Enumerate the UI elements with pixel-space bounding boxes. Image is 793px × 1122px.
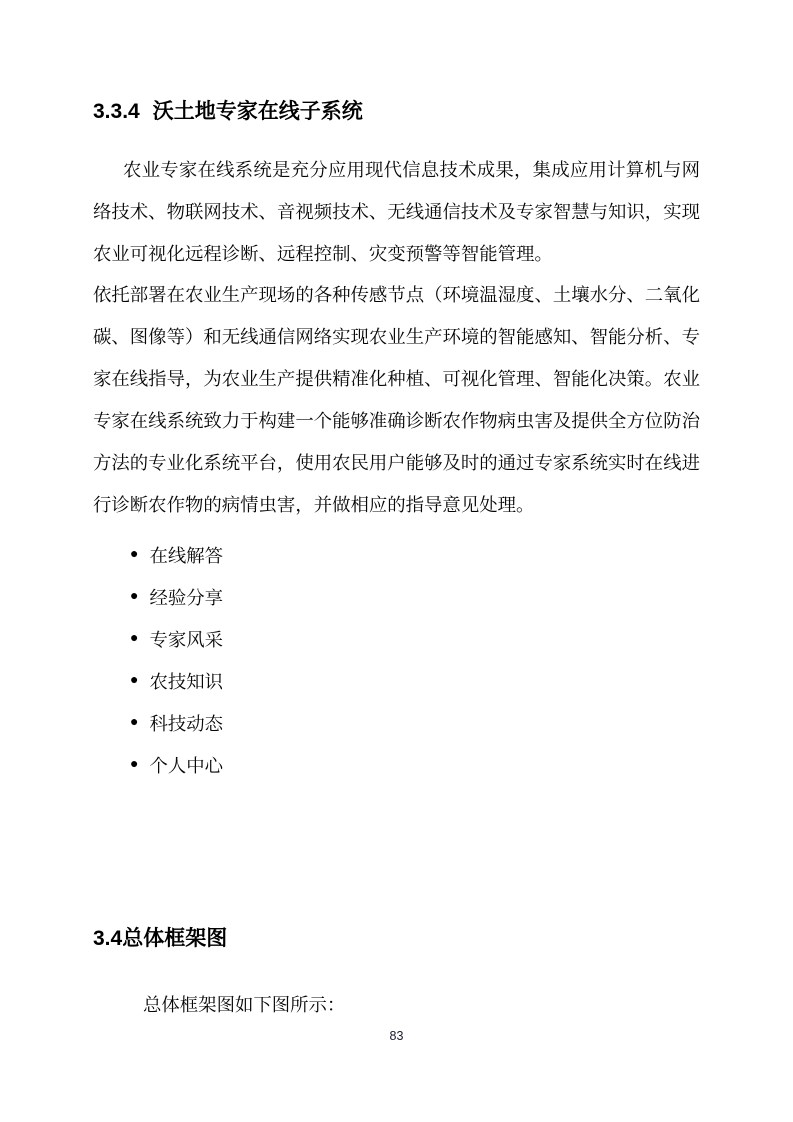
- bullet-icon: ●: [130, 674, 138, 688]
- page-number: 83: [390, 1029, 404, 1043]
- bullet-icon: ●: [130, 548, 138, 562]
- list-item: ● 专家风采: [93, 618, 700, 660]
- document-page: 3.3.4沃土地专家在线子系统 农业专家在线系统是充分应用现代信息技术成果，集成…: [0, 0, 793, 1122]
- list-item: ● 在线解答: [93, 534, 700, 576]
- list-item-label: 个人中心: [149, 752, 223, 778]
- page-footer: 83: [0, 1027, 793, 1045]
- list-item-label: 在线解答: [149, 542, 223, 568]
- paragraph-intro: 农业专家在线系统是充分应用现代信息技术成果，集成应用计算机与网络技术、物联网技术…: [93, 149, 700, 275]
- section-heading-34: 3.4总体框架图: [93, 924, 227, 954]
- feature-bullet-list: ● 在线解答 ● 经验分享 ● 专家风采 ● 农技知识 ● 科技动态 ● 个人中…: [93, 534, 700, 786]
- bullet-icon: ●: [130, 590, 138, 604]
- list-item: ● 科技动态: [93, 702, 700, 744]
- paragraph-framework-intro: 总体框架图如下图所示：: [93, 984, 700, 1026]
- list-item: ● 农技知识: [93, 660, 700, 702]
- section-number: 3.3.4: [93, 100, 140, 123]
- bullet-icon: ●: [130, 632, 138, 646]
- list-item: ● 个人中心: [93, 744, 700, 786]
- list-item: ● 经验分享: [93, 576, 700, 618]
- list-item-label: 经验分享: [149, 584, 223, 610]
- bullet-icon: ●: [130, 758, 138, 772]
- list-item-label: 科技动态: [149, 710, 223, 736]
- list-item-label: 专家风采: [149, 626, 223, 652]
- list-item-label: 农技知识: [149, 668, 223, 694]
- section-heading-334: 3.3.4沃土地专家在线子系统: [93, 97, 363, 127]
- paragraph-detail: 依托部署在农业生产现场的各种传感节点（环境温湿度、土壤水分、二氧化碳、图像等）和…: [93, 274, 700, 526]
- bullet-icon: ●: [130, 716, 138, 730]
- section-title: 沃土地专家在线子系统: [153, 100, 363, 123]
